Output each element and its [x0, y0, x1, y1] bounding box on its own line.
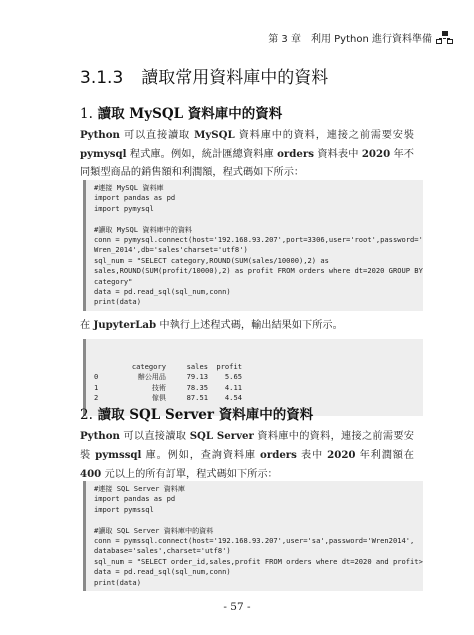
- code-line: #讀取 MySQL 資料庫中的資料: [94, 225, 419, 235]
- code-line: import pandas as pd: [94, 193, 419, 203]
- code-line: data = pd.read_sql(sql_num,conn): [94, 567, 419, 577]
- code-line: sales,ROUND(SUM(profit/10000),2) as prof…: [94, 266, 419, 276]
- output-dataframe: category sales profit 0 辦公用品 79.13 5.65 …: [94, 362, 242, 404]
- mysql-intro-paragraph: Python 可以直接讀取 MySQL 資料庫中的資料，連接之前需要安裝 pym…: [80, 126, 414, 182]
- code-line: category": [94, 277, 419, 287]
- subsection-heading-mysql: 1. 讀取 MySQL 資料庫中的資料: [80, 102, 282, 122]
- code-line: import pandas as pd: [94, 494, 419, 504]
- code-line: database='sales',charset='utf8'): [94, 546, 419, 556]
- subsection-heading-sqlserver: 2. 讀取 SQL Server 資料庫中的資料: [80, 403, 313, 423]
- code-line: data = pd.read_sql(sql_num,conn): [94, 287, 419, 297]
- section-heading: 3.1.3讀取常用資料庫中的資料: [80, 63, 328, 88]
- output-row: 0 辦公用品 79.13 5.65: [94, 372, 242, 382]
- code-line: Wren_2014',db='sales'charset='utf8'): [94, 245, 419, 255]
- code-line: [94, 214, 419, 224]
- code-line: [94, 515, 419, 525]
- sqlserver-intro-paragraph: Python 可以直接讀取 SQL Server 資料庫中的資料，連接之前需要安…: [80, 427, 414, 484]
- code-line: print(data): [94, 578, 419, 588]
- code-line: conn = pymssql.connect(host='192.168.93.…: [94, 536, 419, 546]
- chapter-label: 第 3 章: [268, 30, 301, 45]
- network-icon: [436, 32, 452, 44]
- section-number: 3.1.3: [80, 68, 123, 88]
- page-number: - 57 -: [0, 601, 474, 613]
- output-row: 1 技術 78.35 4.11: [94, 383, 242, 393]
- output-header-row: category sales profit: [94, 362, 242, 372]
- mysql-code-block: #連接 MySQL 資料庫import pandas as pdimport p…: [83, 180, 423, 311]
- section-title-text: 讀取常用資料庫中的資料: [141, 68, 328, 88]
- code-line: #連接 MySQL 資料庫: [94, 183, 419, 193]
- chapter-title: 利用 Python 進行資料準備: [311, 30, 432, 45]
- output-row: 2 傢俱 87.51 4.54: [94, 393, 242, 403]
- code-line: import pymysql: [94, 204, 419, 214]
- code-line: print(data): [94, 297, 419, 307]
- code-line: import pymssql: [94, 505, 419, 515]
- code-line: #連接 SQL Server 資料庫: [94, 484, 419, 494]
- code-line: sql_num = "SELECT category,ROUND(SUM(sal…: [94, 256, 419, 266]
- running-header: 第 3 章 利用 Python 進行資料準備: [268, 30, 452, 45]
- code-line: conn = pymysql.connect(host='192.168.93.…: [94, 235, 419, 245]
- jupyter-output-intro: 在 JupyterLab 中執行上述程式碼，輸出結果如下所示。: [80, 316, 414, 335]
- sqlserver-code-block: #連接 SQL Server 資料庫import pandas as pdimp…: [83, 481, 423, 591]
- code-line: sql_num = "SELECT order_id,sales,profit …: [94, 557, 419, 567]
- code-line: #讀取 SQL Server 資料庫中的資料: [94, 526, 419, 536]
